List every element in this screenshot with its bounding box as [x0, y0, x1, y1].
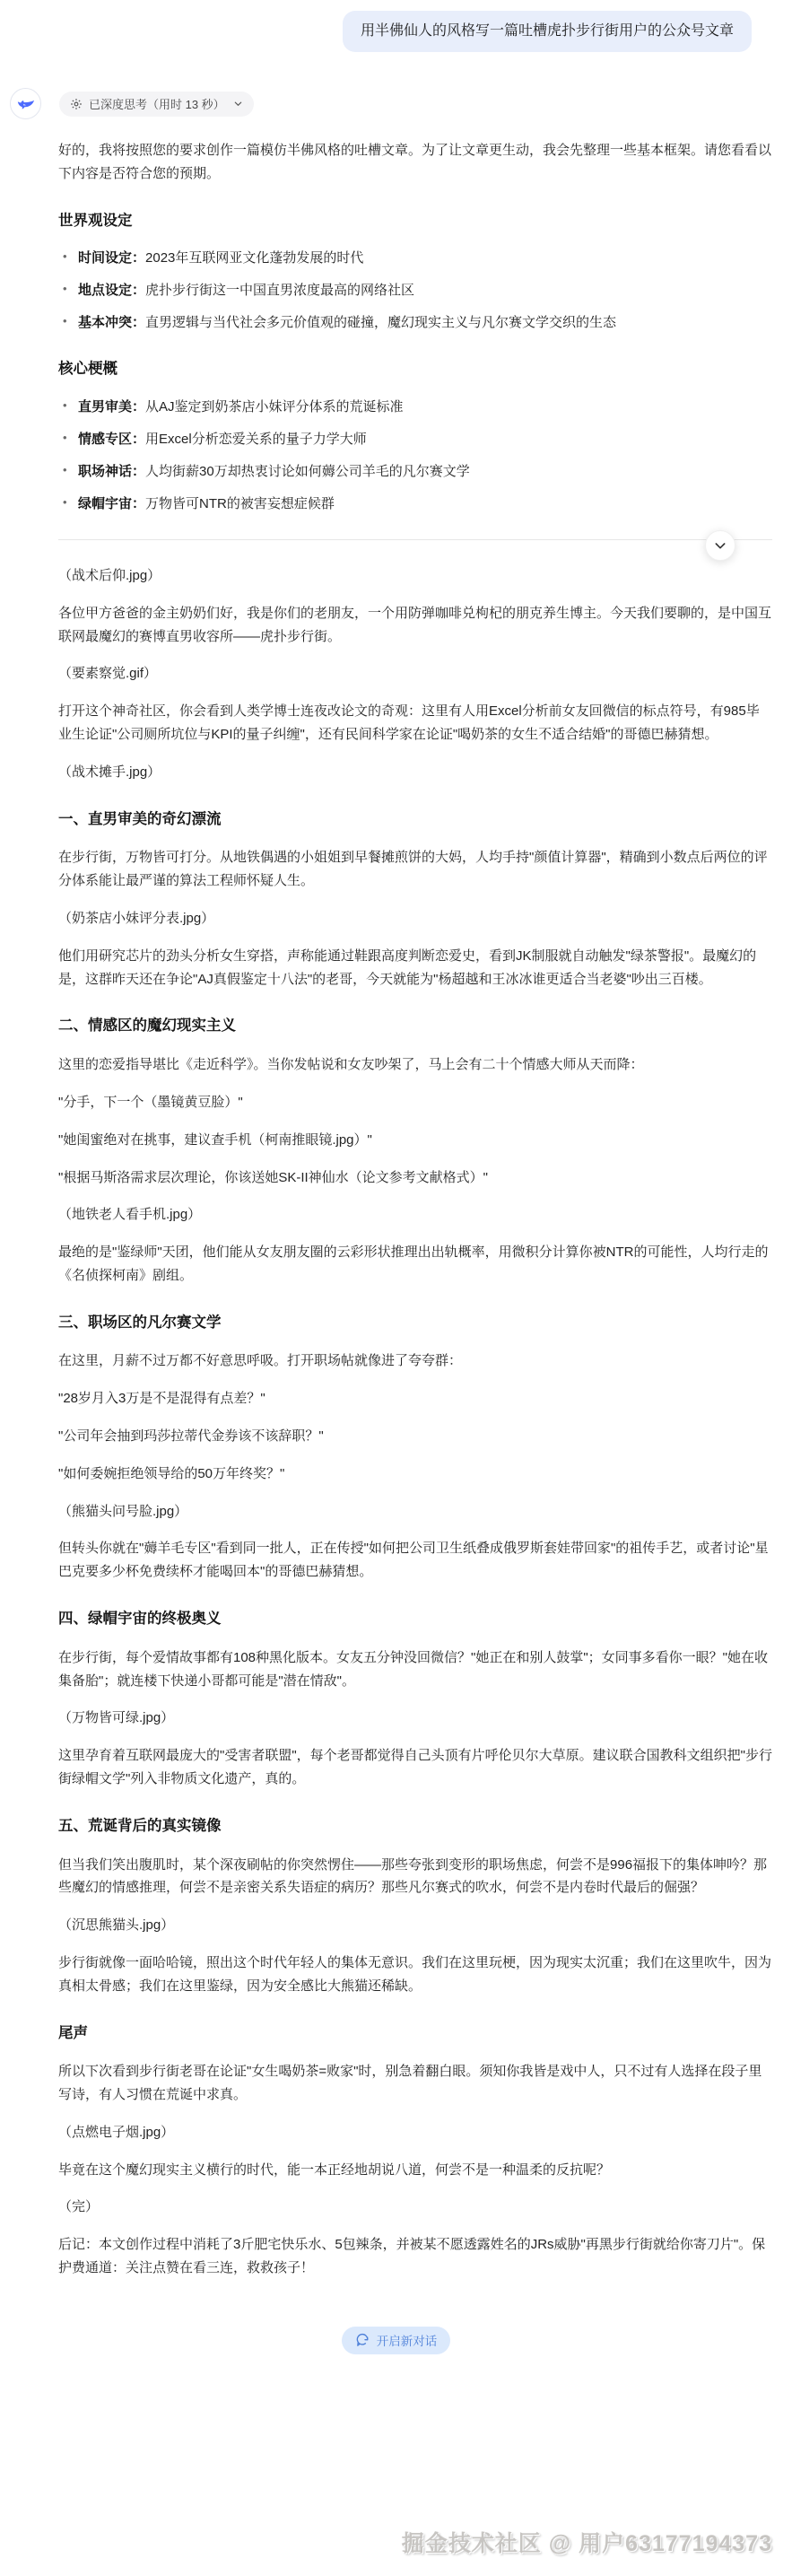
bullet-item: 基本冲突：直男逻辑与当代社会多元价值观的碰撞，魔幻现实主义与凡尔赛文学交织的生态: [58, 312, 772, 334]
bullet-item: 地点设定：虎扑步行街这一中国直男浓度最高的网络社区: [58, 280, 772, 301]
paragraph: （战术后仰.jpg）: [58, 564, 772, 588]
bullet-item: 时间设定：2023年互联网亚文化蓬勃发展的时代: [58, 248, 772, 269]
paragraph: 最绝的是"鉴绿师"天团，他们能从女友朋友圈的云彩形状推理出出轨概率，用微积分计算…: [58, 1241, 772, 1288]
section-heading: 三、职场区的凡尔赛文学: [58, 1312, 772, 1334]
user-message-bubble: 用半佛仙人的风格写一篇吐槽虎扑步行街用户的公众号文章: [343, 11, 752, 52]
scroll-to-bottom-button[interactable]: [705, 530, 735, 561]
assistant-avatar: [10, 88, 41, 119]
new-chat-label: 开启新对话: [377, 2331, 438, 2349]
deep-think-icon: [70, 98, 83, 110]
paragraph: 这里孕育着互联网最庞大的"受害者联盟"，每个老哥都觉得自己头顶有片呼伦贝尔大草原…: [58, 1744, 772, 1791]
paragraph: 毕竟在这个魔幻现实主义横行的时代，能一本正经地胡说八道，何尝不是一种温柔的反抗呢…: [58, 2159, 772, 2182]
whale-logo-icon: [15, 93, 36, 114]
paragraph: "28岁月入3万是不是混得有点差？": [58, 1387, 772, 1410]
bullet-list: 直男审美：从AJ鉴定到奶茶店小妹评分体系的荒诞标准情感专区：用Excel分析恋爱…: [58, 397, 772, 515]
bullet-item: 直男审美：从AJ鉴定到奶茶店小妹评分体系的荒诞标准: [58, 397, 772, 418]
paragraph: （完）: [58, 2196, 772, 2219]
section-heading: 二、情感区的魔幻现实主义: [58, 1015, 772, 1037]
paragraph: "分手，下一个（墨镜黄豆脸）": [58, 1091, 772, 1114]
paragraph: 在步行街，每个爱情故事都有108种黑化版本。女友五分钟没回微信？"她正在和别人鼓…: [58, 1646, 772, 1693]
paragraph: （万物皆可绿.jpg）: [58, 1707, 772, 1730]
paragraph: "如何委婉拒绝领导给的50万年终奖？": [58, 1463, 772, 1486]
paragraph: 但当我们笑出腹肌时，某个深夜刷帖的你突然愣住——那些夸张到变形的职场焦虑，何尝不…: [58, 1854, 772, 1900]
paragraph: （地铁老人看手机.jpg）: [58, 1203, 772, 1227]
section-heading: 一、直男审美的奇幻漂流: [58, 808, 772, 831]
paragraph: 所以下次看到步行街老哥在论证"女生喝奶茶=败家"时，别急着翻白眼。须知你我皆是戏…: [58, 2060, 772, 2107]
paragraph: "她闺蜜绝对在挑事，建议查手机（柯南推眼镜.jpg）": [58, 1129, 772, 1152]
deep-think-label: 已深度思考（用时 13 秒）: [89, 95, 225, 112]
paragraph: 在步行街，万物皆可打分。从地铁偶遇的小姐姐到早餐摊煎饼的大妈，人均手持"颜值计算…: [58, 846, 772, 893]
deep-think-toggle[interactable]: 已深度思考（用时 13 秒）: [59, 92, 254, 117]
paragraph: 打开这个神奇社区，你会看到人类学博士连夜改论文的奇观：这里有人用Excel分析前…: [58, 700, 772, 747]
bullet-item: 职场神话：人均街薪30万却热衷讨论如何薅公司羊毛的凡尔赛文学: [58, 461, 772, 483]
section-heading: 尾声: [58, 2022, 772, 2045]
paragraph: （沉思熊猫头.jpg）: [58, 1914, 772, 1937]
bullet-item: 情感专区：用Excel分析恋爱关系的量子力学大师: [58, 429, 772, 450]
paragraph: 在这里，月薪不过万都不好意思呼吸。打开职场帖就像进了夸夸群：: [58, 1349, 772, 1373]
bullet-list: 时间设定：2023年互联网亚文化蓬勃发展的时代地点设定：虎扑步行街这一中国直男浓…: [58, 248, 772, 334]
paragraph: 他们用研究芯片的劲头分析女生穿搭，声称能通过鞋跟高度判断恋爱史，看到JK制服就自…: [58, 945, 772, 991]
paragraph: "根据马斯洛需求层次理论，你该送她SK-II神仙水（论文参考文献格式）": [58, 1166, 772, 1190]
section-heading: 五、荒诞背后的真实镜像: [58, 1815, 772, 1838]
new-chat-button[interactable]: 开启新对话: [342, 2327, 451, 2354]
section-heading: 四、绿帽宇宙的终极奥义: [58, 1608, 772, 1630]
bullet-item: 绿帽宇宙：万物皆可NTR的被害妄想症候群: [58, 493, 772, 515]
paragraph: （奶茶店小妹评分表.jpg）: [58, 907, 772, 930]
divider: [58, 539, 772, 540]
chevron-down-icon: [713, 538, 727, 553]
paragraph: （点燃电子烟.jpg）: [58, 2121, 772, 2144]
section-heading: 世界观设定: [58, 210, 772, 232]
paragraph: 但转头你就在"薅羊毛专区"看到同一批人，正在传授"如何把公司卫生纸叠成俄罗斯套娃…: [58, 1537, 772, 1584]
watermark: 掘金技术社区 @ 用户63177194373: [402, 2526, 772, 2558]
paragraph: （要素察觉.gif）: [58, 662, 772, 685]
section-heading: 核心梗概: [58, 358, 772, 380]
new-chat-row: 开启新对话: [0, 2327, 792, 2354]
assistant-article: 好的，我将按照您的要求创作一篇模仿半佛风格的吐槽文章。为了让文章更生动，我会先整…: [58, 139, 772, 2280]
paragraph: 这里的恋爱指导堪比《走近科学》。当你发帖说和女友吵架了，马上会有二十个情感大师从…: [58, 1053, 772, 1077]
paragraph: 步行街就像一面哈哈镜，照出这个时代年轻人的集体无意识。我们在这里玩梗，因为现实太…: [58, 1952, 772, 1998]
paragraph: 好的，我将按照您的要求创作一篇模仿半佛风格的吐槽文章。为了让文章更生动，我会先整…: [58, 139, 772, 186]
paragraph: （战术摊手.jpg）: [58, 761, 772, 784]
new-chat-icon: [355, 2333, 370, 2347]
user-message-row: 用半佛仙人的风格写一篇吐槽虎扑步行街用户的公众号文章: [0, 0, 792, 52]
paragraph: 各位甲方爸爸的金主奶奶们好，我是你们的老朋友，一个用防弹咖啡兑枸杞的朋克养生博主…: [58, 602, 772, 649]
paragraph: （熊猫头问号脸.jpg）: [58, 1500, 772, 1524]
paragraph: 后记：本文创作过程中消耗了3斤肥宅快乐水、5包辣条，并被某不愿透露姓名的JRs威…: [58, 2233, 772, 2280]
assistant-header: 已深度思考（用时 13 秒）: [10, 88, 792, 119]
paragraph: "公司年会抽到玛莎拉蒂代金券该不该辞职？": [58, 1425, 772, 1448]
chevron-down-icon: [233, 99, 243, 109]
